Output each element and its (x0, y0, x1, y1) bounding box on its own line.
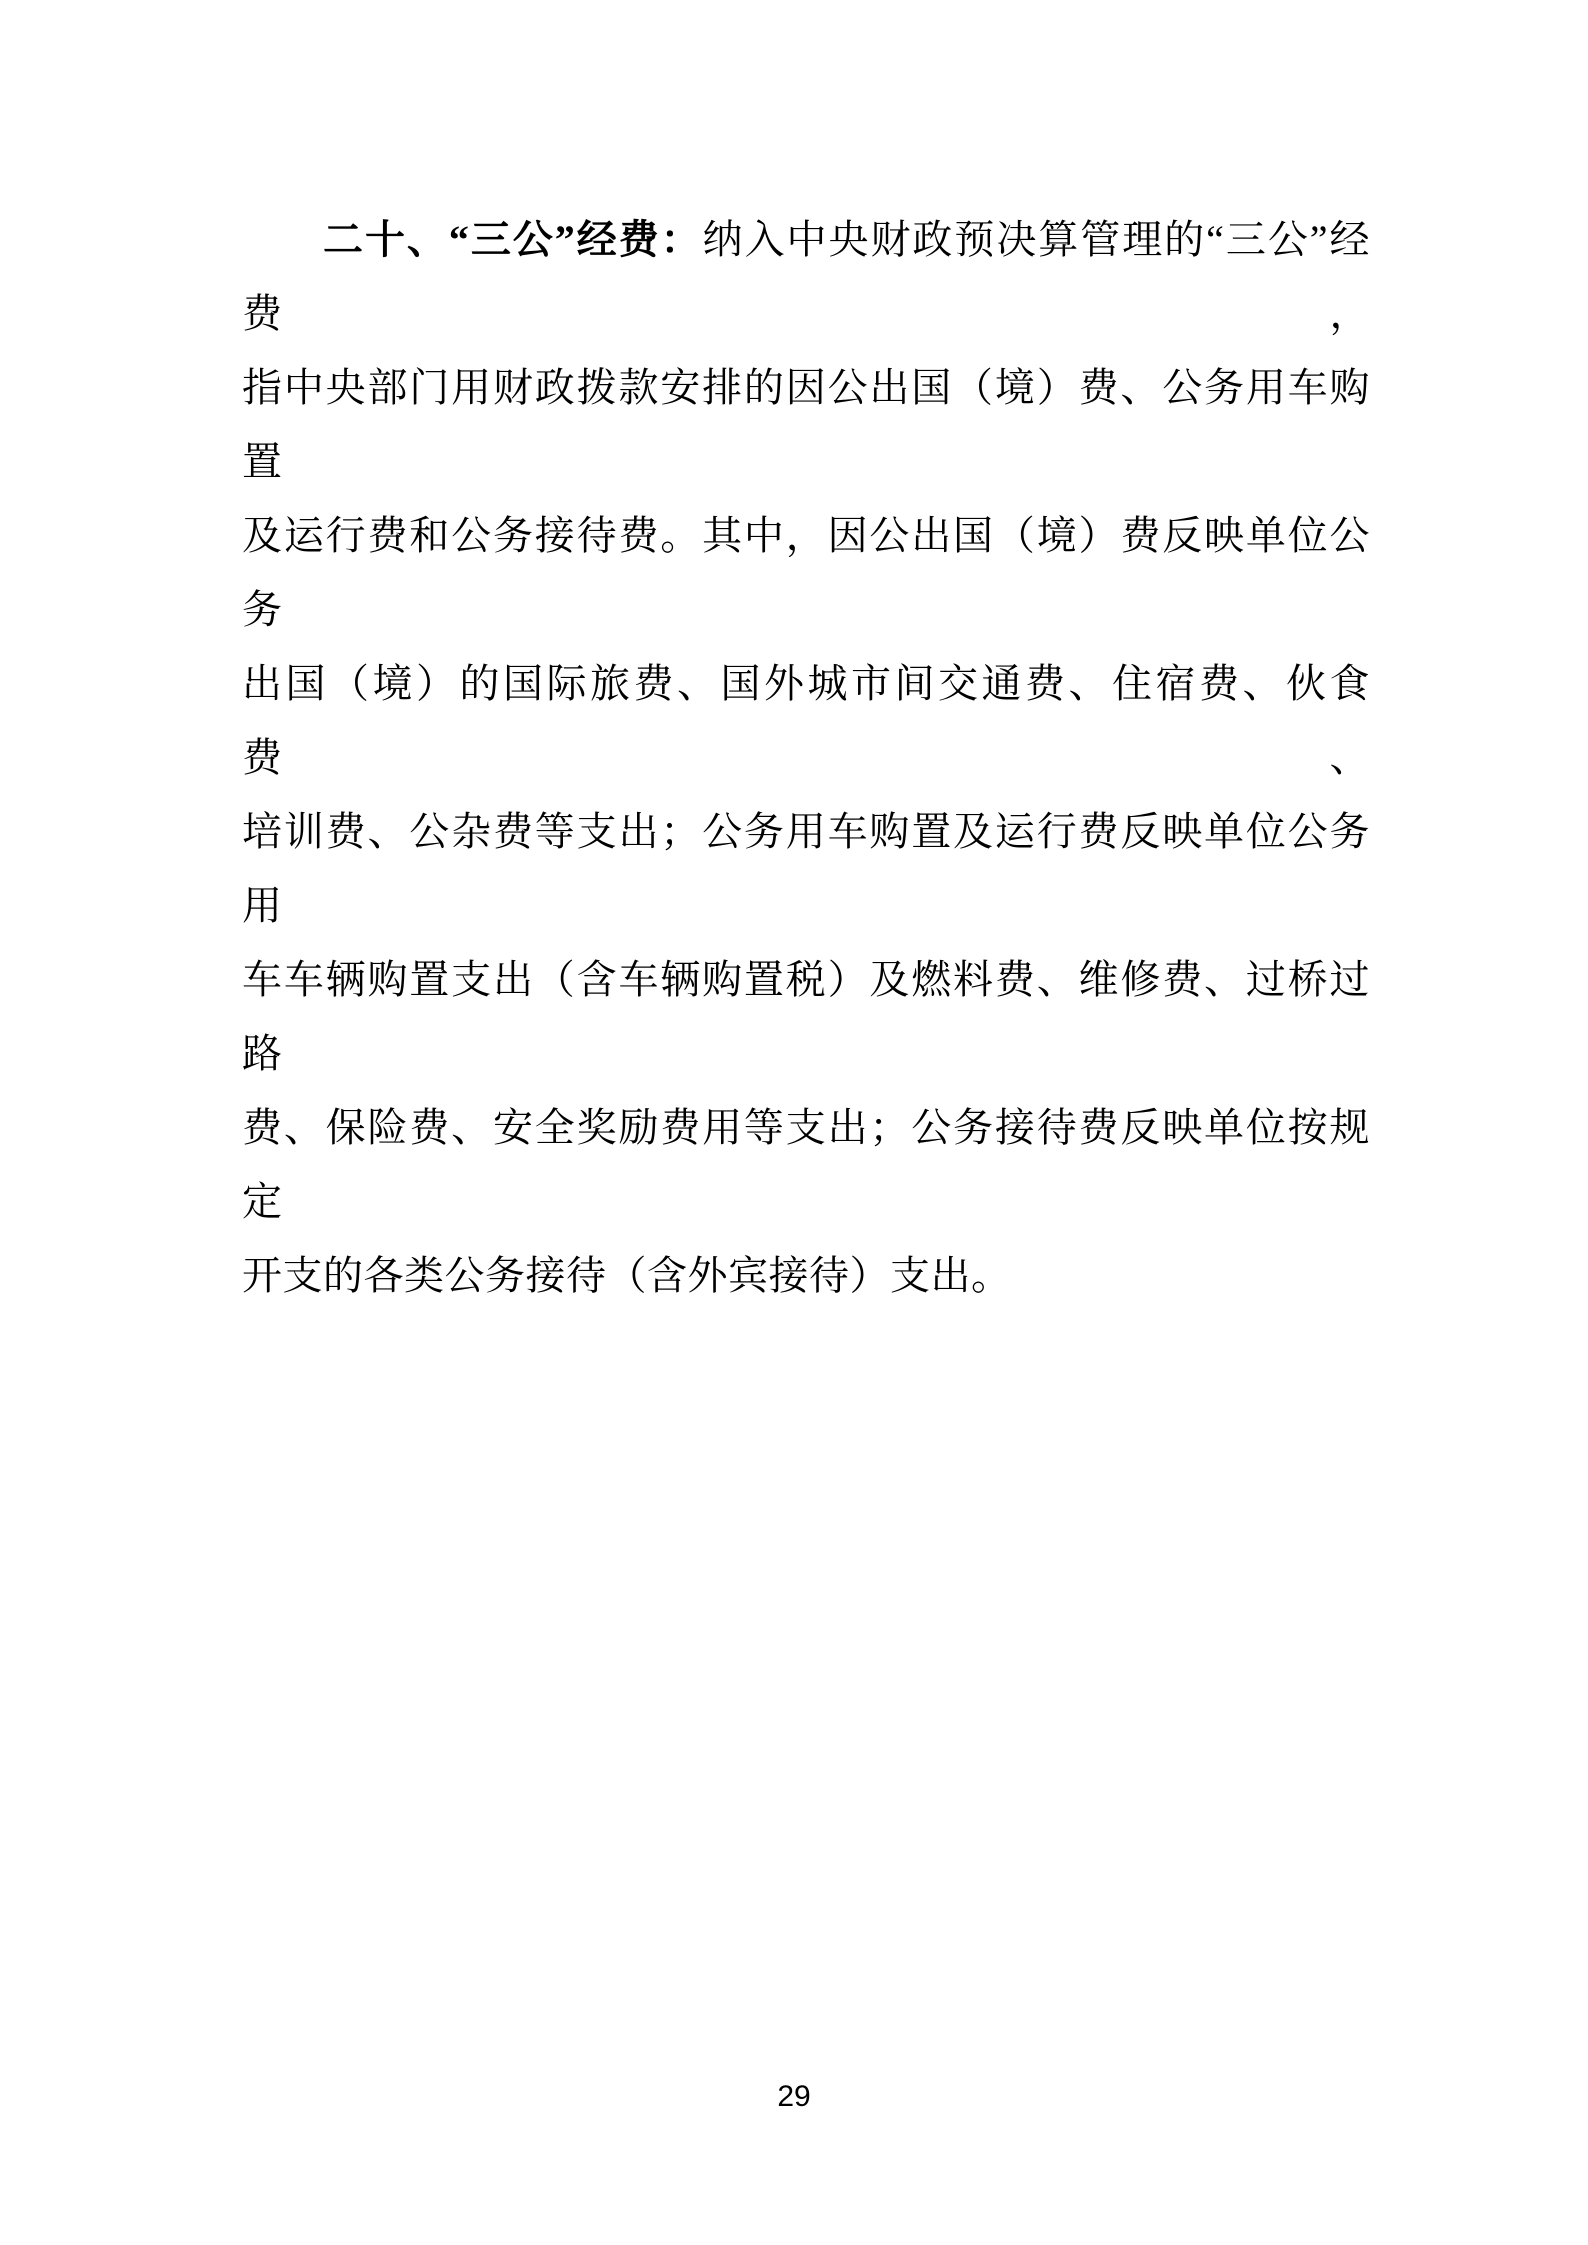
paragraph-lead-bold: 二十、“三公”经费： (323, 217, 703, 262)
page-number: 29 (0, 2080, 1588, 2114)
paragraph-line-7: 费、保险费、安全奖励费用等支出；公务接待费反映单位按规定 (242, 1091, 1370, 1239)
document-page: 二十、“三公”经费：纳入中央财政预决算管理的“三公”经费， 指中央部门用财政拨款… (0, 0, 1588, 2245)
paragraph-line-4: 出国（境）的国际旅费、国外城市间交通费、住宿费、伙食费、 (242, 647, 1370, 795)
paragraph-line-3: 及运行费和公务接待费。其中，因公出国（境）费反映单位公务 (242, 499, 1370, 647)
paragraph-line-1: 二十、“三公”经费：纳入中央财政预决算管理的“三公”经费， (242, 203, 1370, 351)
paragraph-line-2: 指中央部门用财政拨款安排的因公出国（境）费、公务用车购置 (242, 351, 1370, 499)
paragraph-line-8: 开支的各类公务接待（含外宾接待）支出。 (242, 1239, 1370, 1313)
paragraph-line-6: 车车辆购置支出（含车辆购置税）及燃料费、维修费、过桥过路 (242, 943, 1370, 1091)
paragraph-line-5: 培训费、公杂费等支出；公务用车购置及运行费反映单位公务用 (242, 795, 1370, 943)
body-text: 二十、“三公”经费：纳入中央财政预决算管理的“三公”经费， 指中央部门用财政拨款… (242, 203, 1370, 1313)
